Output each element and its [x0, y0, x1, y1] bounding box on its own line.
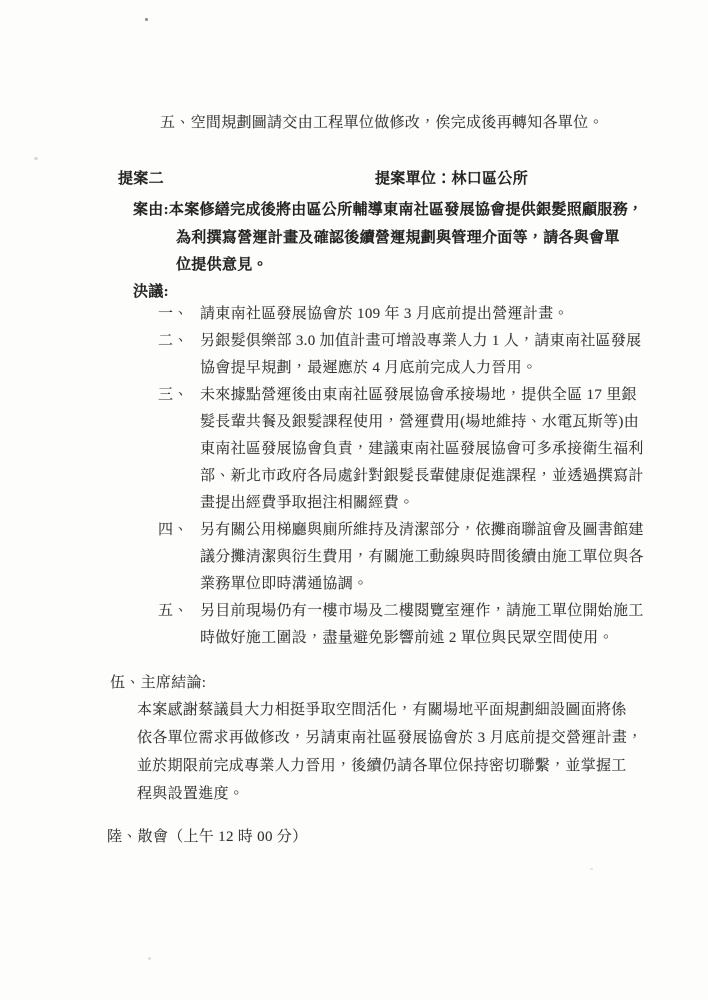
- item-line: 髮長輩共餐及銀髮課程使用，營運費用(場地維持、水電瓦斯等)由: [200, 409, 663, 436]
- case-line: 位提供意見。: [133, 252, 633, 280]
- proposal-unit: 提案單位：林口區公所: [375, 166, 528, 193]
- chair-conclusion-heading: 伍、主席結論:: [110, 670, 206, 697]
- item-line: 另目前現場仍有一樓市場及二樓閱覽室運作，請施工單位開始施工: [200, 598, 663, 625]
- item-number: 一、: [158, 301, 189, 328]
- case-line: 案由:本案修繕完成後將由區公所輔導東南社區發展協會提供銀髮照顧服務，: [133, 197, 633, 225]
- case-description-block: 案由:本案修繕完成後將由區公所輔導東南社區發展協會提供銀髮照顧服務， 為利撰寫營…: [133, 197, 633, 280]
- item-number: 三、: [158, 382, 189, 409]
- resolution-item-2: 二、 另銀髮俱樂部 3.0 加值計畫可增設專業人力 1 人，請東南社區發展 協會…: [158, 328, 663, 382]
- resolution-item-4: 四、 另有關公用梯廳與廁所維持及清潔部分，依攤商聯誼會及圖書館建 議分攤清潔與衍…: [158, 517, 663, 598]
- item-line: 另有關公用梯廳與廁所維持及清潔部分，依攤商聯誼會及圖書館建: [200, 517, 663, 544]
- adjournment-line: 陸、散會（上午 12 時 00 分）: [107, 824, 307, 851]
- item-line: 議分攤清潔與衍生費用，有關施工動線與時間後續由施工單位與各: [200, 544, 663, 571]
- paragraph-line: 程與設置進度。: [137, 781, 647, 809]
- item-line: 畫提出經費爭取挹注相關經費。: [200, 490, 663, 517]
- item-line: 另銀髮俱樂部 3.0 加值計畫可增設專業人力 1 人，請東南社區發展: [200, 328, 663, 355]
- chair-conclusion-paragraph: 本案感謝蔡議員大力相挺爭取空間活化，有關場地平面規劃細設圖面將係 依各單位需求再…: [137, 697, 647, 809]
- item-line: 請東南社區發展協會於 109 年 3 月底前提出營運計畫。: [200, 301, 663, 328]
- item-number: 五、: [158, 598, 189, 625]
- resolution-item-5: 五、 另目前現場仍有一樓市場及二樓閱覽室運作，請施工單位開始施工 時做好施工圍設…: [158, 598, 663, 652]
- item-line: 東南社區發展協會負責，建議東南社區發展協會可多承接衛生福利: [200, 436, 663, 463]
- case-text: 本案修繕完成後將由區公所輔導東南社區發展協會提供銀髮照顧服務，: [169, 202, 643, 218]
- resolution-item-3: 三、 未來據點營運後由東南社區發展協會承接場地，提供全區 17 里銀 髮長輩共餐…: [158, 382, 663, 517]
- scan-speck: [590, 868, 593, 870]
- paragraph-line: 本案感謝蔡議員大力相挺爭取空間活化，有關場地平面規劃細設圖面將係: [137, 697, 647, 725]
- item-line: 部、新北市政府各局處針對銀髮長輩健康促進課程，並透過撰寫計: [200, 463, 663, 490]
- item-number: 二、: [158, 328, 189, 355]
- item-line: 未來據點營運後由東南社區發展協會承接場地，提供全區 17 里銀: [200, 382, 663, 409]
- scan-speck: [34, 157, 38, 160]
- paragraph-line: 依各單位需求再做修改，另請東南社區發展協會於 3 月底前提交營運計畫，: [137, 725, 647, 753]
- proposal-title: 提案二: [118, 166, 164, 193]
- paragraph-line: 並於期限前完成專業人力晉用，後續仍請各單位保持密切聯繫，並掌握工: [137, 753, 647, 781]
- scan-speck: [145, 18, 148, 21]
- item-number: 四、: [158, 517, 189, 544]
- resolution-item-1: 一、 請東南社區發展協會於 109 年 3 月底前提出營運計畫。: [158, 301, 663, 328]
- case-line: 為利撰寫營運計畫及確認後續營運規劃與管理介面等，請各與會單: [133, 225, 633, 253]
- item-line: 協會提早規劃，最遲應於 4 月底前完成人力晉用。: [200, 355, 663, 382]
- scanned-meeting-minutes-page: 五、空間規劃圖請交由工程單位做修改，俟完成後再轉知各單位。 提案二 提案單位：林…: [0, 0, 708, 1000]
- case-label: 案由:: [133, 202, 169, 218]
- scan-speck: [148, 957, 151, 960]
- item-line: 業務單位即時溝通協調。: [200, 571, 663, 598]
- carryover-item-five: 五、空間規劃圖請交由工程單位做修改，俟完成後再轉知各單位。: [160, 110, 604, 137]
- item-line: 時做好施工圍設，盡量避免影響前述 2 單位與民眾空間使用。: [200, 625, 663, 652]
- resolution-list: 一、 請東南社區發展協會於 109 年 3 月底前提出營運計畫。 二、 另銀髮俱…: [158, 301, 663, 652]
